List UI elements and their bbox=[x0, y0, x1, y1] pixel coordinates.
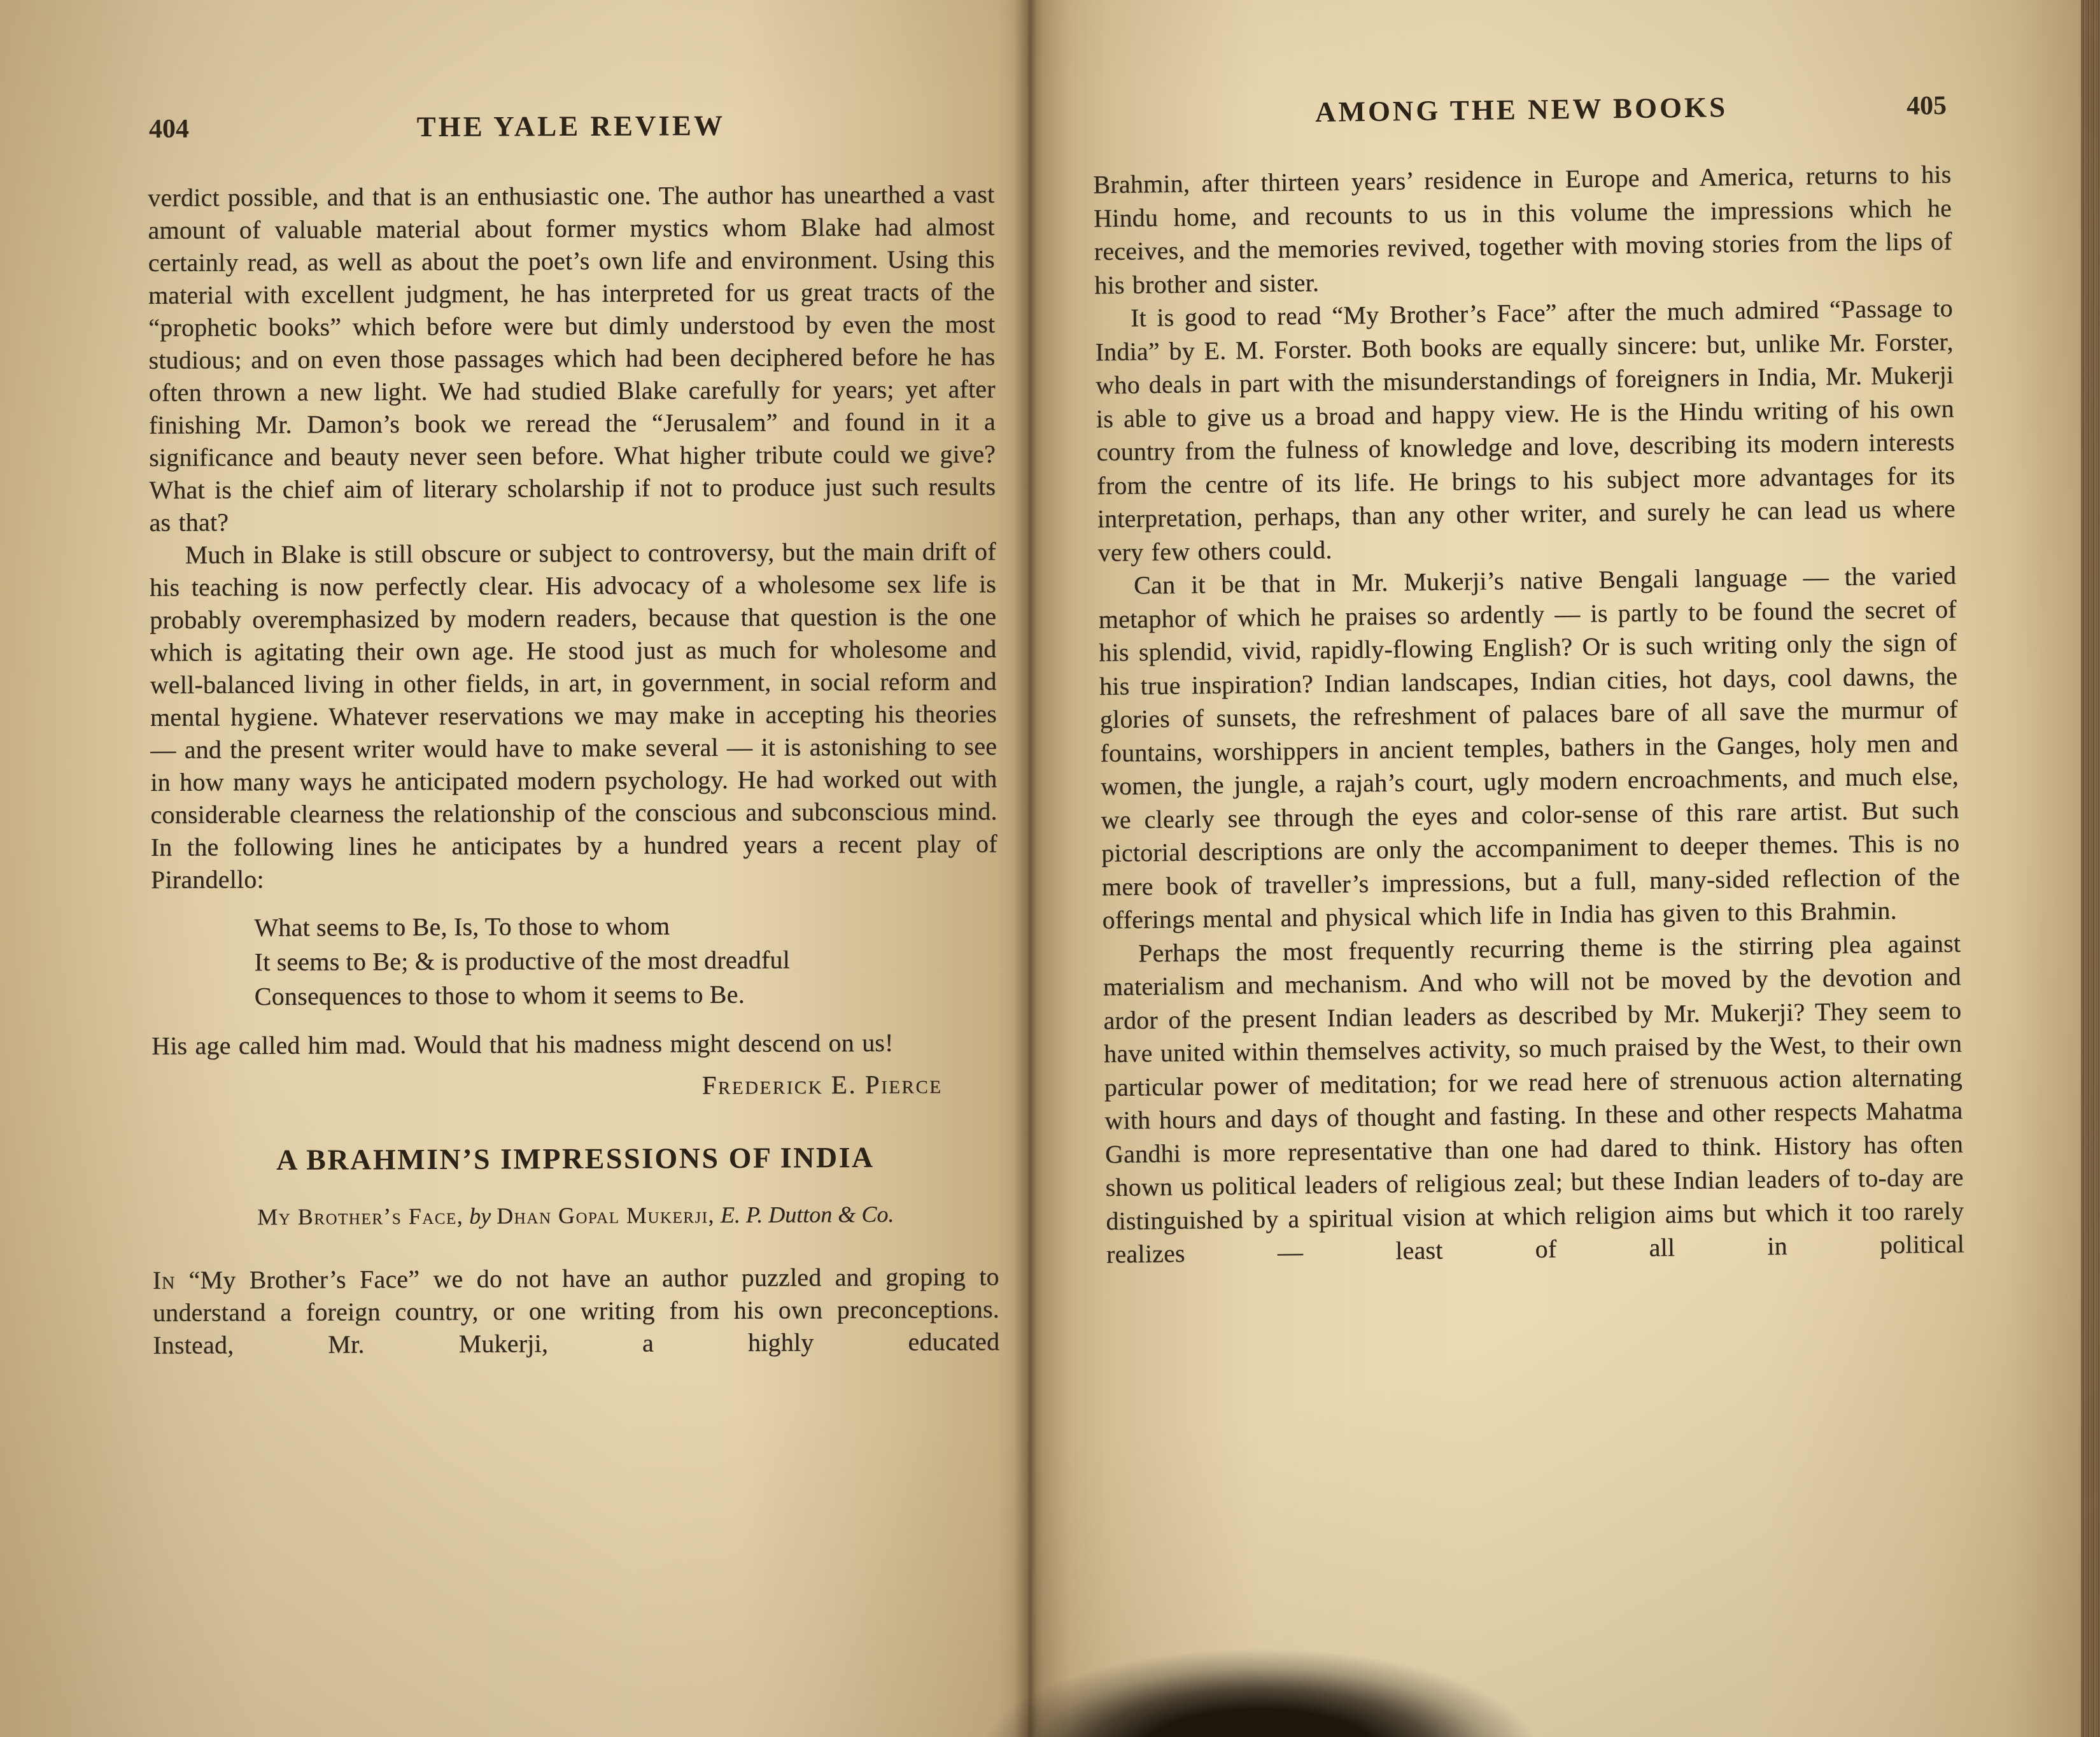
paragraph-lead-in: In bbox=[153, 1266, 176, 1294]
paragraph: His age called him mad. Would that his m… bbox=[152, 1026, 998, 1062]
page-stack-edge bbox=[2081, 0, 2100, 1737]
verse-block: What seems to Be, Is, To those to whom I… bbox=[254, 907, 998, 1014]
left-page-content: 404 THE YALE REVIEW verdict possible, an… bbox=[148, 108, 1000, 1361]
verse-line: It seems to Be; & is productive of the m… bbox=[254, 942, 997, 979]
paragraph: Perhaps the most frequently recurring th… bbox=[1103, 926, 1964, 1271]
paragraph-text: “My Brother’s Face” we do not have an au… bbox=[153, 1262, 999, 1359]
verse-line: Consequences to those to whom it seems t… bbox=[255, 976, 998, 1014]
paragraph: Much in Blake is still obscure or subjec… bbox=[150, 535, 997, 896]
paragraph: In “My Brother’s Face” we do not have an… bbox=[153, 1260, 1000, 1361]
binding-bottom-shadow bbox=[942, 1636, 1553, 1737]
paragraph: Brahmin, after thirteen years’ residence… bbox=[1093, 158, 1952, 302]
book-gutter bbox=[1015, 0, 1043, 1737]
left-running-title: THE YALE REVIEW bbox=[148, 108, 994, 145]
book-byline: My Brother’s Face, by Dhan Gopal Mukerji… bbox=[152, 1200, 999, 1231]
byline-author: Dhan Gopal Mukerji, bbox=[497, 1202, 715, 1228]
section-heading: A BRAHMIN’S IMPRESSIONS OF INDIA bbox=[152, 1140, 999, 1177]
left-page-number: 404 bbox=[149, 114, 189, 145]
right-page-number: 405 bbox=[1906, 90, 1947, 122]
byline-by-word: by bbox=[469, 1203, 491, 1229]
byline-book-title: My Brother’s Face, bbox=[257, 1203, 463, 1230]
paragraph: It is good to read “My Brother’s Face” a… bbox=[1095, 292, 1956, 569]
reviewer-signature: Frederick E. Pierce bbox=[152, 1068, 942, 1102]
right-page-content: AMONG THE NEW BOOKS 405 Brahmin, after t… bbox=[1092, 88, 1964, 1272]
left-running-head: 404 THE YALE REVIEW bbox=[148, 108, 994, 151]
verse-line: What seems to Be, Is, To those to whom bbox=[254, 907, 997, 945]
paragraph: verdict possible, and that is an enthusi… bbox=[148, 178, 996, 539]
byline-publisher: E. P. Dutton & Co. bbox=[721, 1202, 894, 1228]
paragraph: Can it be that in Mr. Mukerji’s native B… bbox=[1098, 559, 1961, 937]
book-scan: 404 THE YALE REVIEW verdict possible, an… bbox=[0, 0, 2100, 1737]
